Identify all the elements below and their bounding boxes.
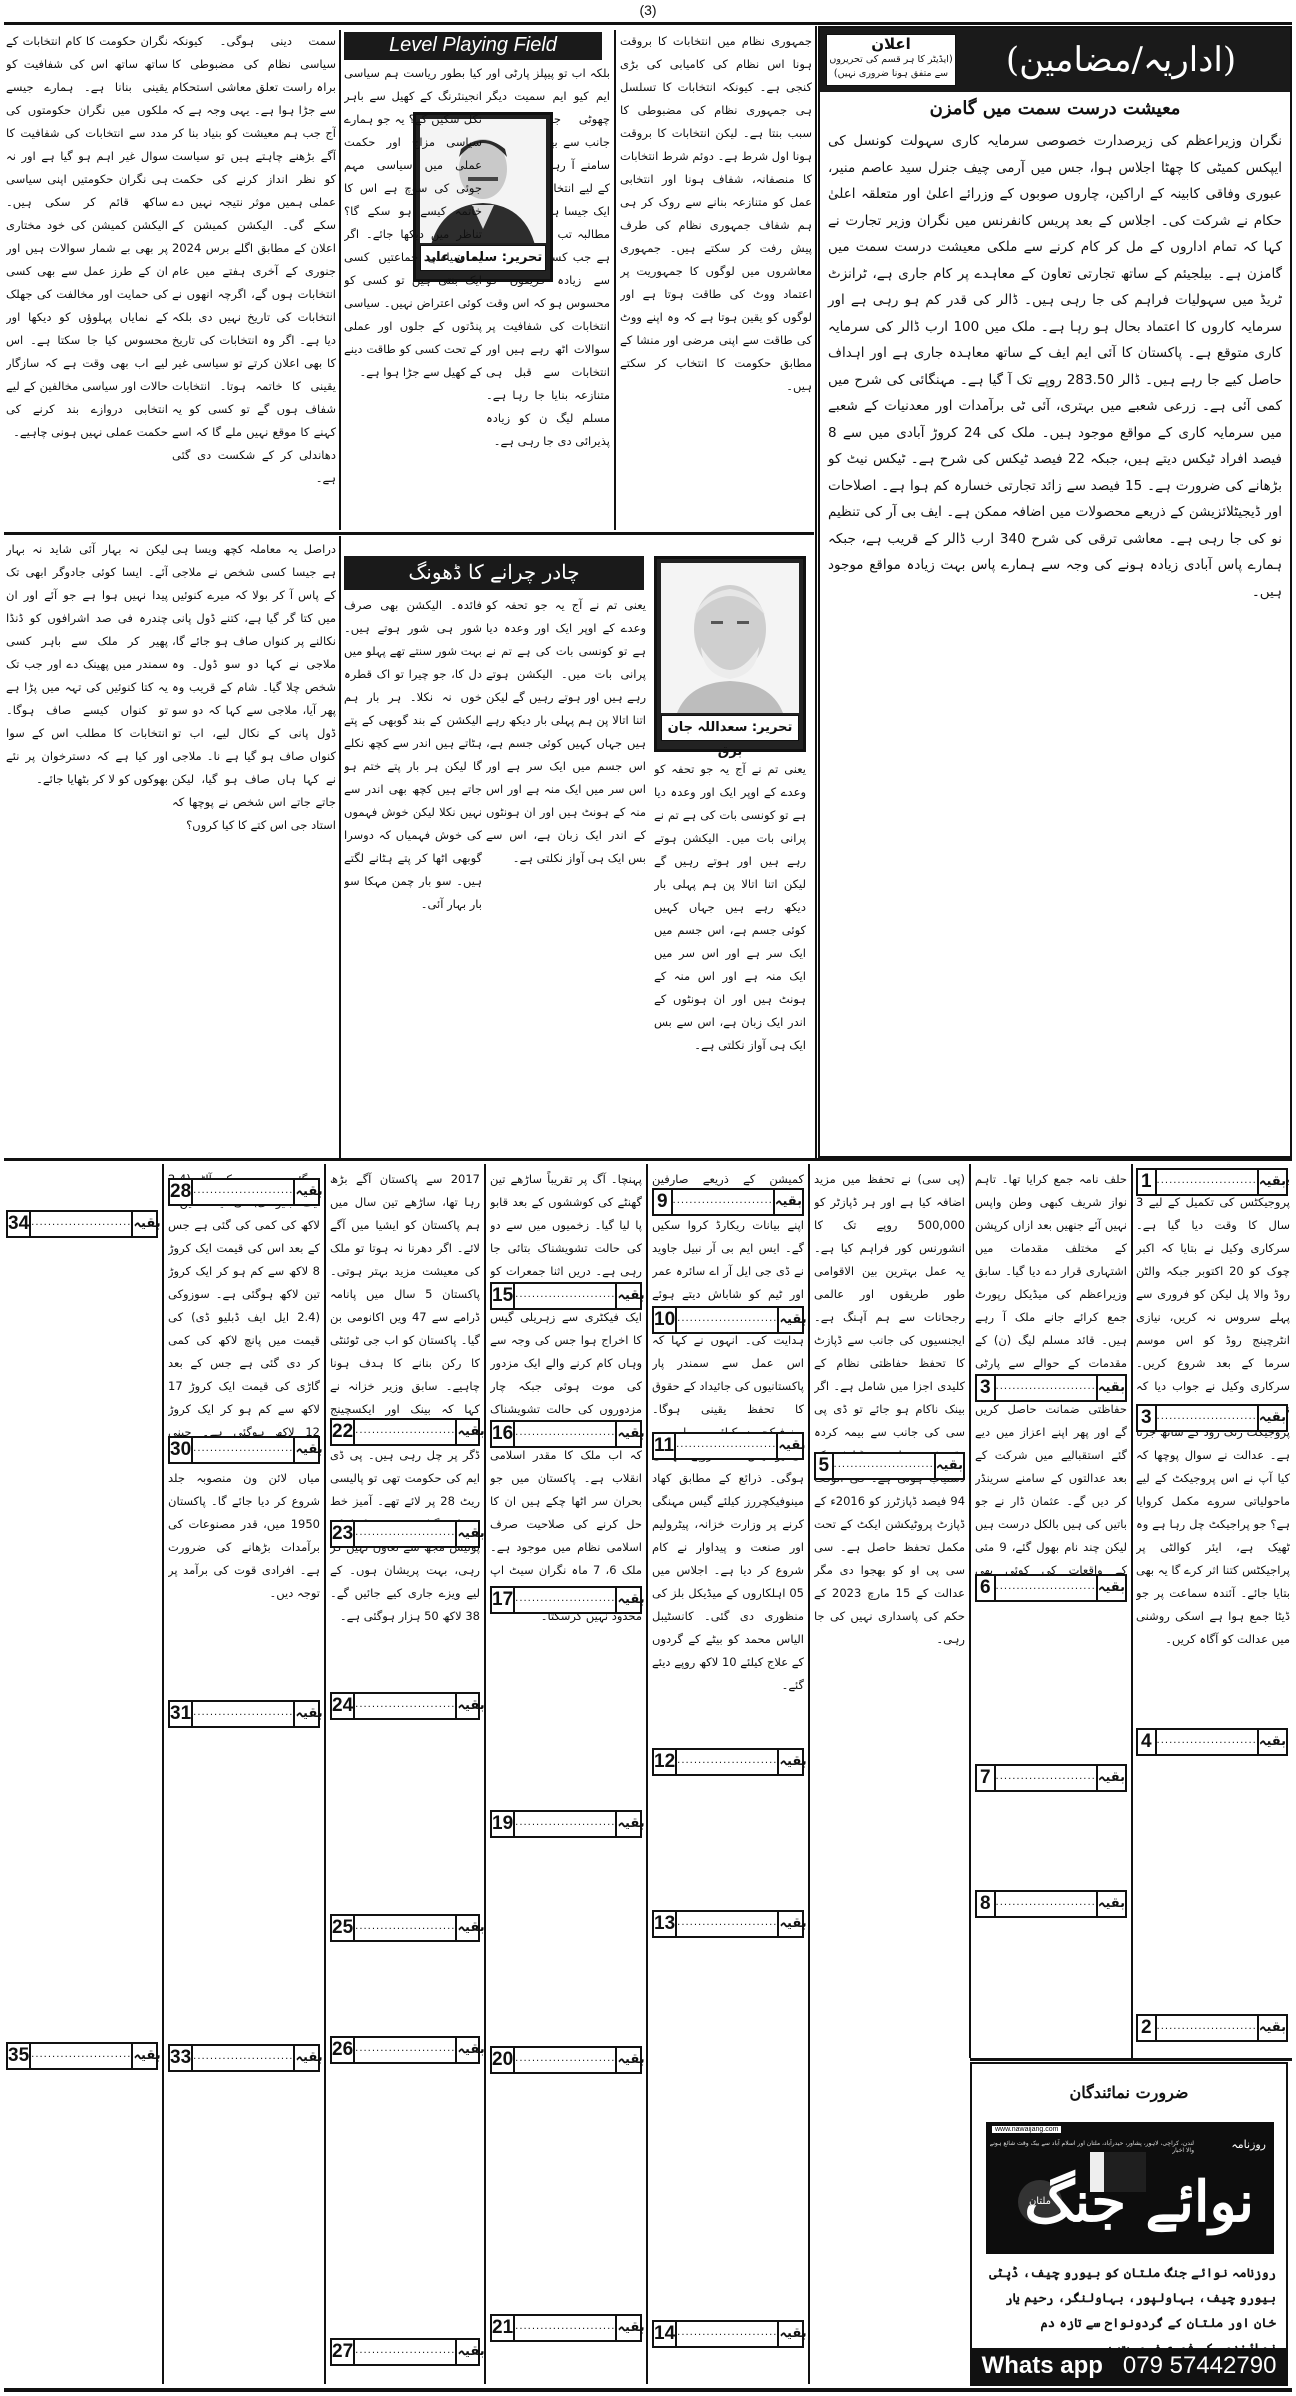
- article-title-level-playing-field: Level Playing Field: [344, 32, 602, 60]
- person-portrait-icon: [661, 563, 799, 713]
- notice-line-1: (ایڈیٹر کا ہر قسم کی تحریروں: [827, 53, 955, 67]
- notice-title: اعلان: [827, 35, 955, 53]
- column-divider: [339, 30, 341, 530]
- chadar-column-1: یعنی تم نے آج یہ جو تحفہ کو وعدے کے اوپر…: [486, 594, 646, 1154]
- section-divider: [4, 1158, 1292, 1161]
- continuation-box-12: 12........................بقیہ: [652, 1748, 804, 1776]
- column-divider: [339, 536, 341, 1160]
- continuation-box-28: 28........................بقیہ: [168, 1178, 320, 1206]
- representatives-wanted-ad: ضرورت نمائندگان www.nawaijang.com لندن، …: [970, 2062, 1288, 2386]
- bottom-rule: [4, 2388, 1292, 2392]
- continuation-box-25: 25........................بقیہ: [330, 1914, 480, 1942]
- continuation-box-20: 20........................بقیہ: [490, 2046, 642, 2074]
- continuation-column-6: 2017 سے پاکستان آگے بڑھ رہا تھا، ساڑھے ت…: [330, 1168, 480, 2382]
- continuation-box-5: 5........................بقیہ: [814, 1452, 965, 1480]
- chadar-column-2: فائدہ۔ الیکشن بھی صرف شور ہی شور ہوتے ہی…: [344, 594, 482, 1154]
- editor-disclaimer-notice: اعلان (ایڈیٹر کا ہر قسم کی تحریروں سے مت…: [826, 34, 956, 86]
- continuation-box-19: 19........................بقیہ: [490, 1810, 642, 1838]
- editorial-body: نگران وزیراعظم کی زیرصدارت خصوصی سرمایہ …: [828, 128, 1282, 1150]
- ad-divider: [970, 2058, 1292, 2061]
- continuation-box-31: 31........................بقیہ: [168, 1700, 320, 1728]
- section-title: (اداریہ/مضامین): [966, 34, 1276, 86]
- newspaper-page: (3) اعلان (ایڈیٹر کا ہر قسم کی تحریروں س…: [0, 0, 1296, 2396]
- column-divider: [646, 1164, 648, 2384]
- continuation-column-3: (پی سی) نے تحفظ میں مزید اضافہ کیا ہے او…: [814, 1168, 965, 2382]
- chadar-column-3: دراصل یہ معاملہ کچھ ویسا ہی ہے جیسا کسی …: [172, 538, 336, 1154]
- continuation-box-21: 21........................بقیہ: [490, 2314, 642, 2342]
- continuation-box-3: 3........................بقیہ: [1136, 1404, 1288, 1432]
- column-divider: [484, 1164, 486, 2384]
- article-title-chadar: چادر چرانے کا ڈھونگ: [344, 556, 644, 590]
- daily-label: روزنامہ: [1231, 2138, 1266, 2151]
- continuation-box-9: 9........................بقیہ: [652, 1188, 804, 1216]
- continuation-box-3b: 3........................بقیہ: [975, 1374, 1127, 1402]
- website-url[interactable]: www.nawaijang.com: [992, 2126, 1061, 2133]
- column-divider: [969, 1164, 971, 2058]
- lpf-column-3: کیا بطور ریاست ہم سیاسی انجینئرنگ کے کھی…: [344, 62, 482, 528]
- column-divider: [1131, 1164, 1133, 2058]
- continuation-box-6: 6........................بقیہ: [975, 1574, 1127, 1602]
- editorial-section: اعلان (ایڈیٹر کا ہر قسم کی تحریروں سے مت…: [818, 26, 1292, 1158]
- notice-line-2: سے متفق ہونا ضروری نہیں): [827, 67, 955, 81]
- page-number: (3): [0, 2, 1296, 18]
- lpf-column-1: جمہوری نظام میں انتخابات کا بروقت ہونا ا…: [620, 30, 812, 528]
- ad-heading: ضرورت نمائندگان: [972, 2078, 1286, 2108]
- chadar-column-1b: یعنی تم نے آج یہ جو تحفہ کو وعدے کے اوپر…: [654, 758, 806, 1154]
- left-top-column-2: نگران حکومت کا کام انتخابات کے ساتھ ساتھ…: [6, 30, 168, 528]
- top-rule: [4, 22, 1292, 25]
- continuation-box-2: 2........................بقیہ: [1136, 2014, 1288, 2042]
- continuation-box-24: 24........................بقیہ: [330, 1692, 480, 1720]
- continuation-box-23: 23........................بقیہ: [330, 1520, 480, 1548]
- nawai-jang-masthead: www.nawaijang.com لندن، کراچی، لاہور، پش…: [986, 2122, 1274, 2254]
- author-photo-saadullah-jan-barq: تحریر: سعداللہ جان برق: [654, 556, 806, 752]
- continuation-column-2: حلف نامہ جمع کرایا تھا۔ تاہم نواز شریف ک…: [975, 1168, 1127, 2058]
- column-divider: [324, 1164, 326, 2384]
- continuation-column-5: پہنچا۔ آگ پر تقریباً ساڑھے تین گھنٹے کی …: [490, 1168, 642, 2382]
- ad-body-text: روزنامہ نوائے جنگ ملتان کو بیورو چیف، ڈپ…: [982, 2260, 1276, 2360]
- editorial-headline: معیشت درست سمت میں گامزن: [820, 98, 1290, 119]
- continuation-column-8: [6, 1168, 158, 2382]
- continuation-box-22: 22........................بقیہ: [330, 1418, 480, 1446]
- column-divider: [808, 1164, 810, 2384]
- continuation-box-7: 7........................بقیہ: [975, 1764, 1127, 1792]
- continuation-box-35: 35........................بقیہ: [6, 2042, 158, 2070]
- continuation-box-16: 16........................بقیہ: [490, 1420, 642, 1448]
- continuation-box-34: 34........................بقیہ: [6, 1210, 158, 1238]
- continuation-box-11: 11........................بقیہ: [652, 1432, 804, 1460]
- continuation-box-33: 33........................بقیہ: [168, 2044, 320, 2072]
- continuation-box-26: 26........................بقیہ: [330, 2036, 480, 2064]
- continuation-box-13: 13........................بقیہ: [652, 1910, 804, 1938]
- editorial-header: اعلان (ایڈیٹر کا ہر قسم کی تحریروں سے مت…: [820, 28, 1290, 92]
- byline-saadullah-jan-barq: تحریر: سعداللہ جان برق: [661, 715, 799, 741]
- portrait-image: [661, 563, 799, 713]
- newspaper-logo: نوائے جنگ: [1024, 2162, 1254, 2242]
- whatsapp-label: Whats app: [982, 2352, 1103, 2379]
- continuation-box-8: 8........................بقیہ: [975, 1890, 1127, 1918]
- continuation-box-30: 30........................بقیہ: [168, 1436, 320, 1464]
- continuation-box-15: 15........................بقیہ: [490, 1282, 642, 1310]
- column-divider: [614, 30, 616, 530]
- continuation-box-10: 10........................بقیہ: [652, 1306, 804, 1334]
- continuation-box-27: 27........................بقیہ: [330, 2338, 480, 2366]
- continuation-box-4: 4........................بقیہ: [1136, 1728, 1288, 1756]
- continuation-column-7: ہوگئی ہے۔ سوزوکی آلٹو (2.4 ایف ڈبلیو ڈی)…: [168, 1168, 320, 2382]
- left-top-column-1: سمت دینی ہوگی۔ کیونکہ سیاسی نظام کی مضبو…: [172, 30, 336, 528]
- continuation-box-1: 1........................بقیہ: [1136, 1168, 1288, 1196]
- continuation-box-17: 17........................بقیہ: [490, 1586, 642, 1614]
- continuation-column-1: بابو صابو سمیت تمام پروجیکٹس کی تکمیل کے…: [1136, 1168, 1290, 2058]
- phone-number: 079 57442790: [1123, 2352, 1277, 2379]
- continuation-box-14: 14........................بقیہ: [652, 2320, 804, 2348]
- section-divider: [4, 532, 814, 535]
- column-divider: [162, 1164, 164, 2384]
- whatsapp-contact[interactable]: Whats app 079 57442790: [972, 2348, 1286, 2384]
- chadar-column-4: لیکن نہ بہار آئی شاید نہ بہار آئے۔ ایسا …: [6, 538, 168, 1154]
- editorial-divider: [815, 26, 817, 1160]
